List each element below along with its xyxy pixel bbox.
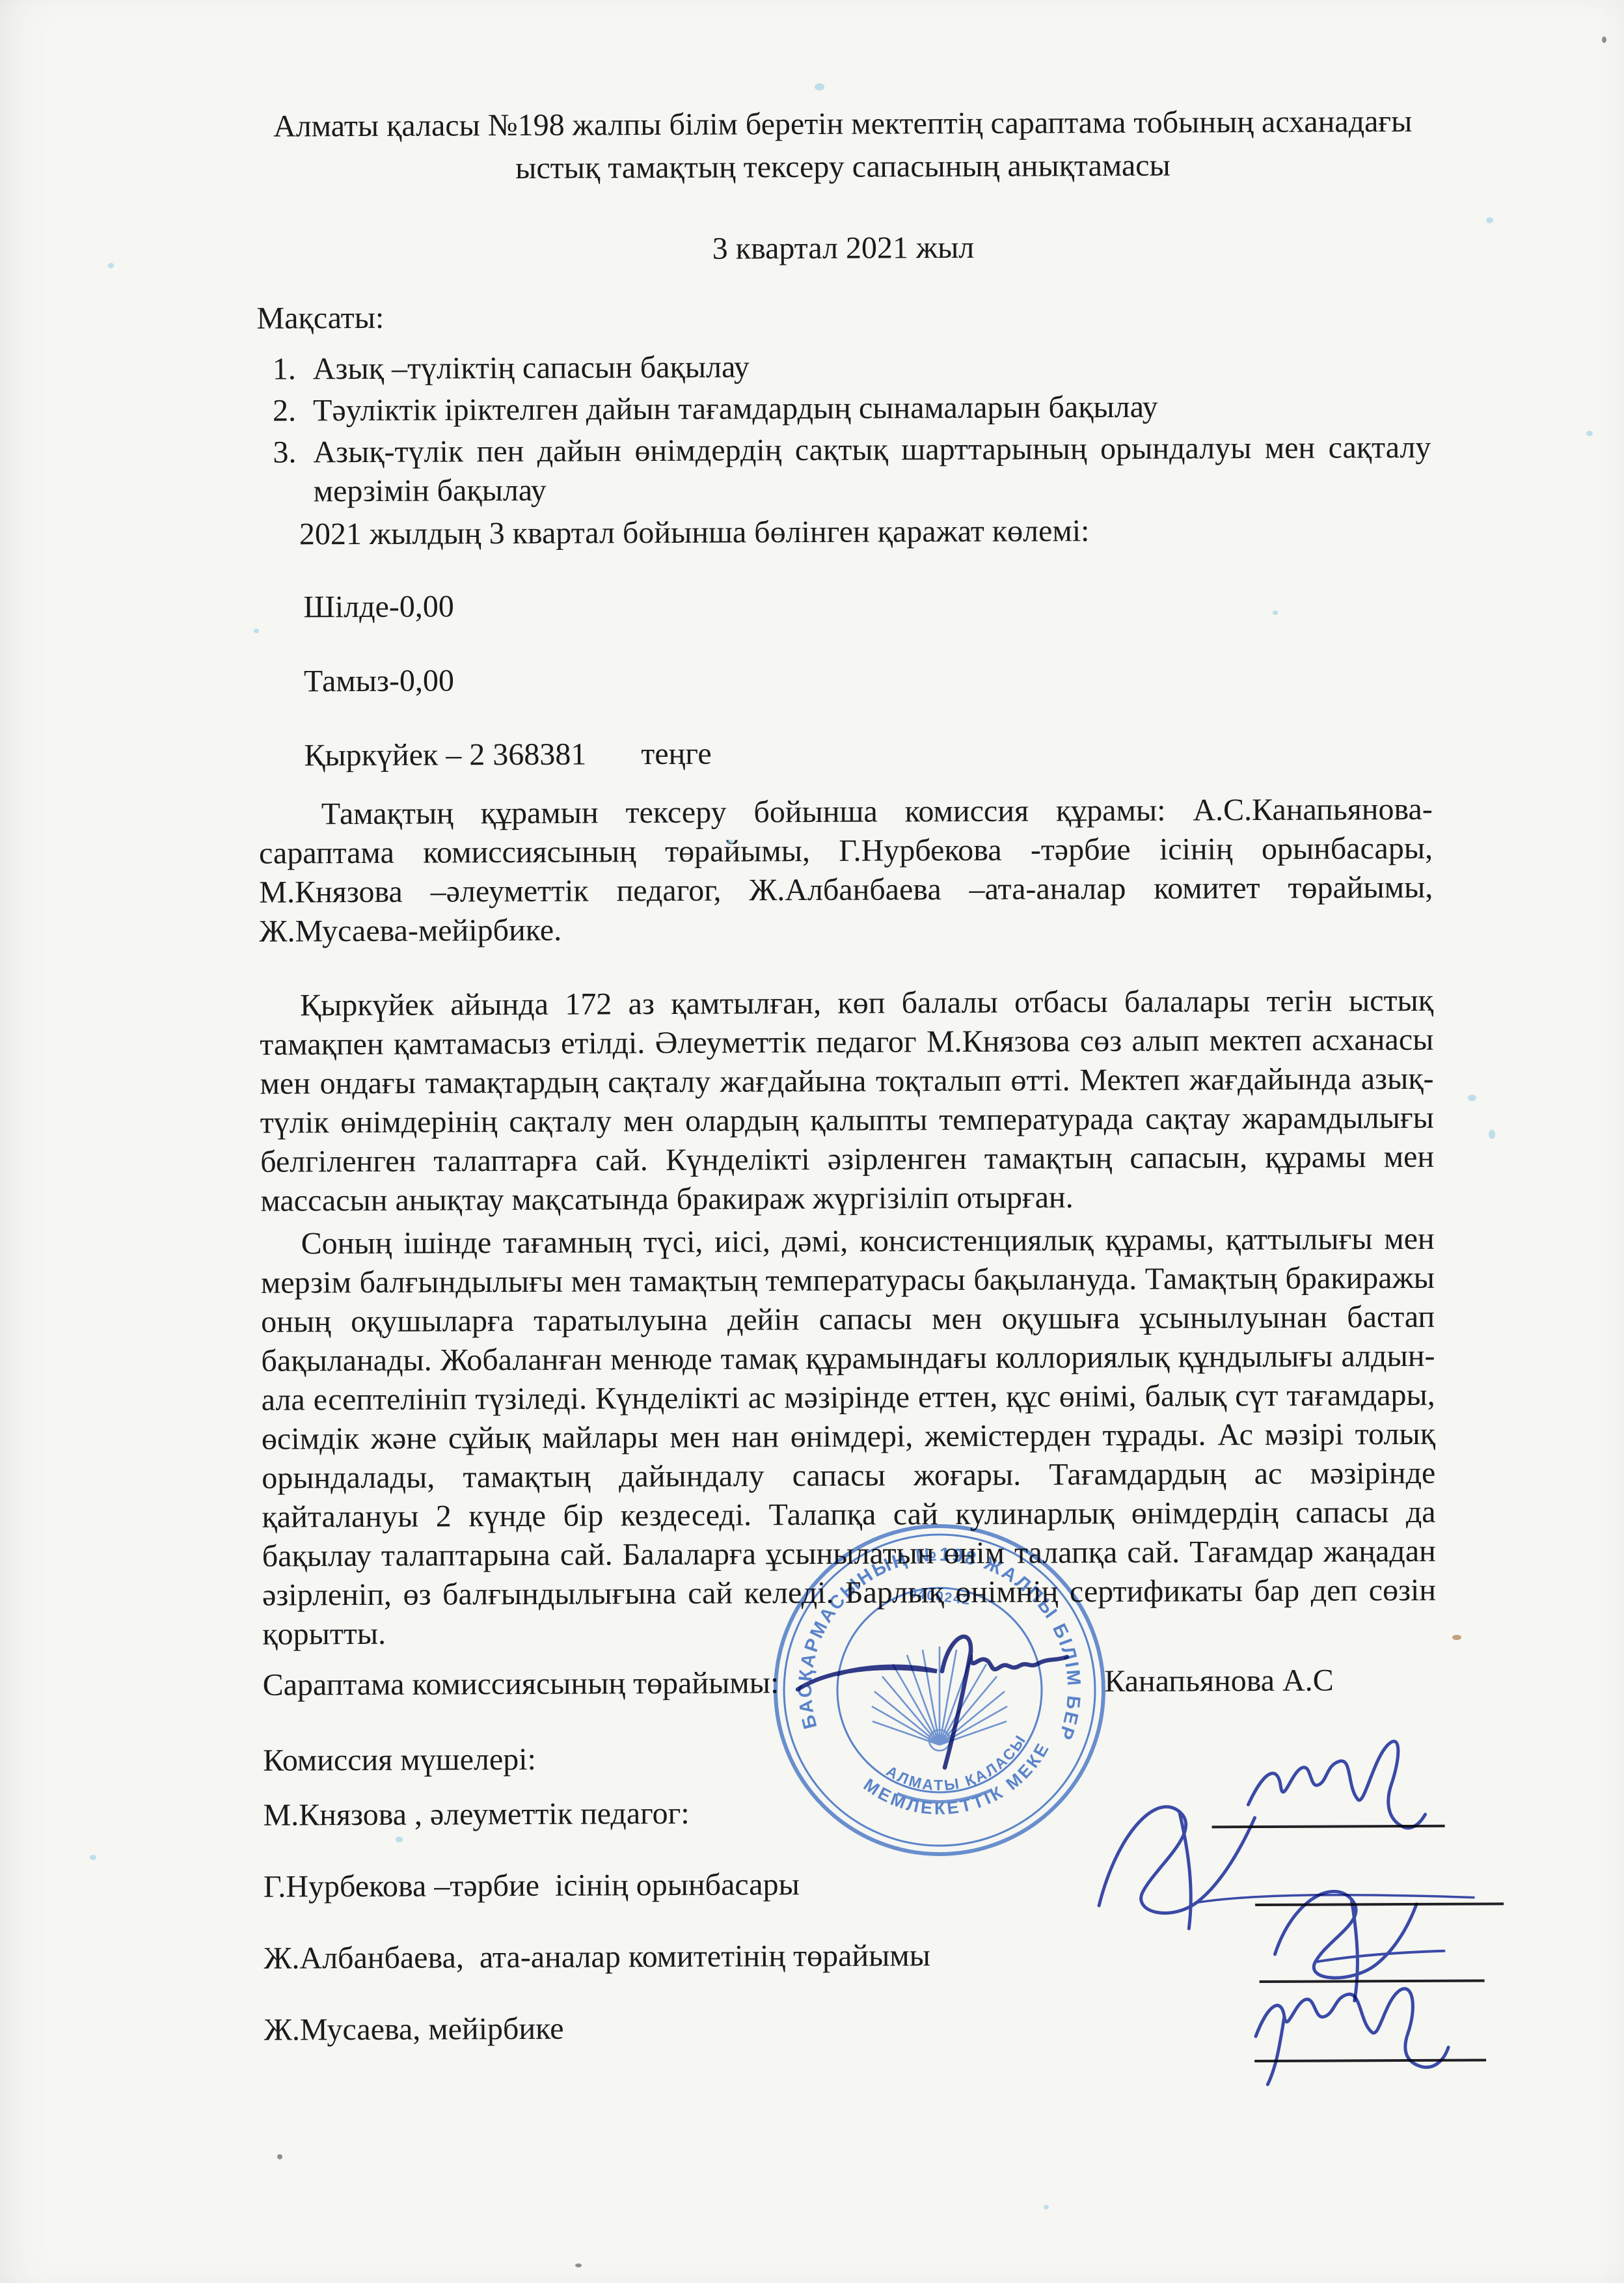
purpose-label: Мақсаты:: [256, 294, 1430, 338]
member-name: Ж.Албанбаева, ата-аналар комитетінің төр…: [264, 1938, 930, 1975]
goal-item: Азық –түліктің сапасын бақылау: [304, 345, 1431, 389]
chair-label: Сараптама комиссиясының төрайымы:: [263, 1663, 779, 1704]
member-name: М.Князова , әлеуметтік педагог:: [263, 1796, 689, 1833]
budget-intro: 2021 жылдың 3 квартал бойынша бөлінген қ…: [258, 510, 1431, 554]
paragraph-commission: Тамақтың құрамын тексеру бойынша комисси…: [259, 790, 1433, 951]
quarter-heading: 3 квартал 2021 жыл: [256, 226, 1430, 271]
handwritten-signature: [1229, 1921, 1464, 2105]
budget-line-august: Тамыз-0,00: [258, 657, 1432, 702]
document-content: Алматы қаласы №198 жалпы білім беретін м…: [0, 0, 1624, 2283]
member-name: Г.Нурбекова –тәрбие ісінің орынбасары: [264, 1867, 800, 1904]
chair-name: Канапьянова А.С: [1104, 1661, 1334, 1702]
budget-line-september: Қыркүйек – 2 368381 теңге: [258, 731, 1432, 776]
goal-item: Азық-түлік пен дайын өнімдердің сақтық ш…: [304, 428, 1431, 512]
goals-list: Азық –түліктің сапасын бақылау Тәуліктік…: [257, 345, 1431, 514]
member-name: Ж.Мусаева, мейірбике: [264, 2012, 564, 2047]
document-title: Алматы қаласы №198 жалпы білім беретін м…: [256, 100, 1430, 191]
chair-handwritten-signature: [786, 1602, 1111, 1791]
scanned-document-page: Алматы қаласы №198 жалпы білім беретін м…: [0, 0, 1624, 2283]
budget-line-july: Шілде-0,00: [258, 583, 1431, 627]
member-row: Ж.Мусаева, мейірбике: [264, 2006, 1438, 2060]
goal-item: Тәуліктік іріктелген дайын тағамдардың с…: [304, 387, 1431, 431]
paragraph-september: Қыркүйек айында 172 аз қамтылған, көп ба…: [260, 981, 1435, 1221]
